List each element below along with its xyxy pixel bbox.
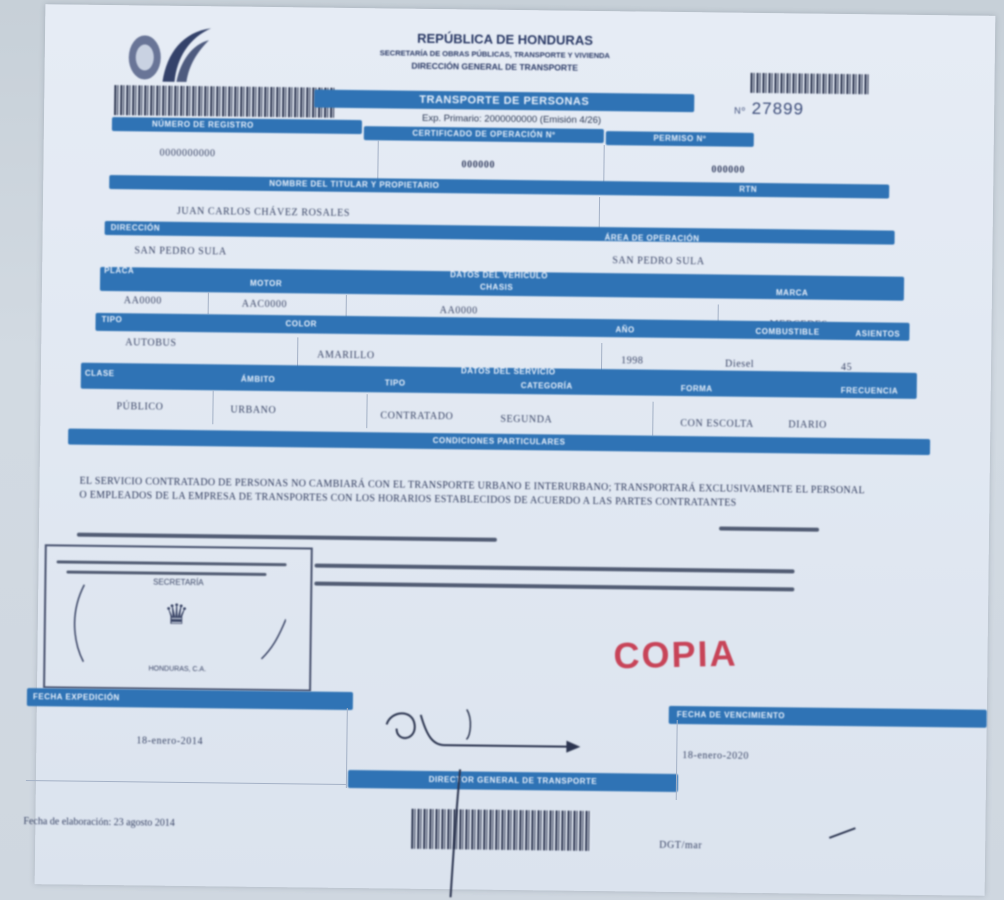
elaboration-line: Fecha de elaboración: 23 agosto 2014: [23, 816, 174, 829]
top-right-barcode: [750, 73, 868, 94]
address-value: SAN PEDRO SULA: [134, 245, 226, 257]
permit-number: Nº 27899: [734, 99, 804, 120]
director-signature: [366, 704, 607, 767]
address-header: DIRECCIÓN: [111, 221, 161, 236]
expiry-date-header: FECHA DE VENCIMIENTO: [669, 706, 987, 728]
registry-number: 0000000000: [160, 148, 216, 160]
service-form-value: CON ESCOLTA: [680, 418, 754, 430]
chassis-header: CHASIS: [480, 281, 513, 295]
expiry-date-value: 18-enero-2020: [682, 750, 749, 762]
vehicle-fuel-value: Diesel: [725, 359, 754, 370]
service-category-value: SEGUNDA: [500, 414, 552, 426]
brand-header: MARCA: [776, 286, 808, 300]
service-scope-value: URBANO: [230, 405, 276, 417]
row1-header-2: CERTIFICADO DE OPERACIÓN Nº: [364, 126, 604, 143]
form-header: FORMA: [681, 382, 713, 396]
type-header: TIPO: [101, 313, 122, 327]
number-prefix: Nº: [734, 106, 746, 116]
service-frequency-value: DIARIO: [788, 419, 827, 430]
service-title: DATOS DEL SERVICIO: [461, 364, 556, 379]
category-header: CATEGORÍA: [521, 379, 573, 394]
certificate-number: 000000: [461, 159, 495, 170]
official-seal: SECRETARÍA ♛ HONDURAS, C.A.: [43, 544, 313, 691]
service-section-header: DATOS DEL SERVICIO CLASE ÁMBITO TIPO CAT…: [81, 363, 917, 399]
row1-header-3: PERMISO Nº: [606, 131, 754, 147]
expediente-label: Exp. Primario:: [422, 113, 482, 125]
directorate-title: DIRECCIÓN GENERAL DE TRANSPORTE: [315, 60, 675, 74]
seats-header: ASIENTOS: [855, 327, 900, 341]
vehicle-type-value: AUTOBUS: [125, 337, 176, 349]
vehicle-color-value: AMARILLO: [317, 350, 375, 362]
operation-area-header: ÁREA DE OPERACIÓN: [605, 231, 700, 245]
issue-date-value: 18-enero-2014: [136, 735, 203, 747]
pen-mark: [827, 826, 857, 840]
vehicle-year-value: 1998: [621, 355, 644, 366]
chassis-value: AA0000: [440, 305, 478, 316]
service-type-value: CONTRATADO: [380, 410, 453, 422]
expediente-suffix: (Emisión 4/26): [540, 114, 601, 126]
permit-document: REPÚBLICA DE HONDURAS SECRETARÍA DE OBRA…: [35, 4, 996, 896]
year-header: AÑO: [615, 323, 634, 337]
expediente-line: Exp. Primario: 2000000000 (Emisión 4/26): [422, 113, 601, 126]
conditions-header: CONDICIONES PARTICULARES: [68, 429, 930, 456]
row1-header-1: NÚMERO DE REGISTRO: [112, 117, 362, 134]
row3-header: DIRECCIÓN ÁREA DE OPERACIÓN: [105, 221, 895, 245]
engine-header: MOTOR: [250, 277, 282, 291]
service-class-value: PÚBLICO: [116, 401, 163, 413]
number-value: 27899: [752, 99, 805, 119]
vehicle-section-header: DATOS DEL VEHÍCULO PLACA MOTOR CHASIS MA…: [100, 267, 904, 301]
row2-header: NOMBRE DEL TITULAR Y PROPIETARIO RTN: [109, 175, 889, 199]
signature-stroke: [445, 769, 467, 899]
signature-label: DIRECTOR GENERAL DE TRANSPORTE: [348, 770, 678, 792]
row1-header-1-label: NÚMERO DE REGISTRO: [112, 119, 254, 130]
honduras-emblem-icon: [122, 17, 213, 88]
color-header: COLOR: [285, 317, 317, 331]
holder-name: JUAN CARLOS CHÁVEZ ROSALES: [177, 206, 350, 219]
rtn-header: RTN: [739, 183, 757, 197]
top-left-barcode: [114, 85, 334, 118]
conditions-text: EL SERVICIO CONTRATADO DE PERSONAS NO CA…: [79, 475, 869, 513]
holder-header: NOMBRE DEL TITULAR Y PROPIETARIO: [269, 177, 439, 193]
plate-header: PLACA: [104, 267, 134, 278]
engine-value: AAC0000: [242, 299, 287, 311]
issue-date-header: FECHA EXPEDICIÓN: [27, 688, 353, 710]
fuel-header: COMBUSTIBLE: [755, 325, 819, 340]
plate-value: AA0000: [124, 295, 162, 306]
service-type-header: TIPO: [385, 376, 406, 390]
scope-header: ÁMBITO: [241, 373, 276, 387]
frequency-header: FRECUENCIA: [841, 384, 899, 399]
operation-area-value: SAN PEDRO SULA: [612, 255, 704, 267]
elaboration-label: Fecha de elaboración:: [23, 816, 111, 828]
vehicle-subheader: TIPO COLOR AÑO COMBUSTIBLE ASIENTOS: [95, 313, 909, 341]
permit-type-banner: TRANSPORTE DE PERSONAS: [314, 90, 694, 113]
class-header: CLASE: [85, 367, 115, 381]
permit-number-value: 000000: [711, 164, 745, 175]
elaboration-date: 23 agosto 2014: [114, 817, 175, 829]
initials: DGT/mar: [659, 840, 702, 852]
country-title: REPÚBLICA DE HONDURAS: [345, 30, 665, 49]
bottom-barcode: [411, 809, 591, 851]
expediente-value: 2000000000: [484, 114, 537, 126]
copy-stamp: COPIA: [613, 633, 738, 678]
